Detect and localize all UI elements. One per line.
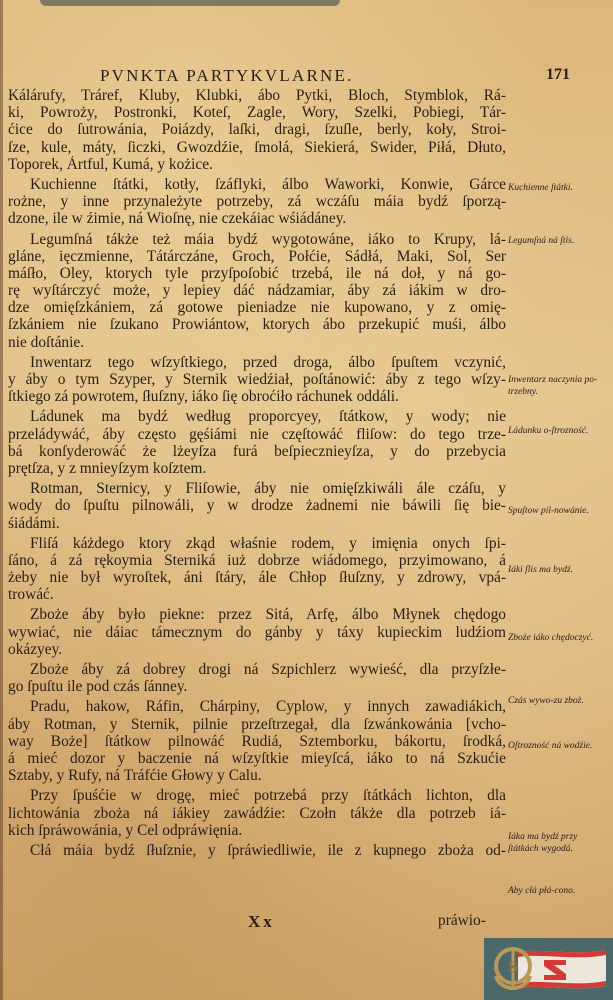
- text-line: Przy ſpuśćie w drogę, mieć potrzebá przy…: [8, 787, 506, 804]
- text-line: y áby o tym Szyper, y Sternik wiedźiał, …: [8, 371, 506, 388]
- margin-note: Kuchienne ſtátki.: [508, 183, 608, 195]
- text-line: Zboże áby było piekne: przez Sitá, Arfę,…: [8, 606, 506, 623]
- margin-note: Iáki ſlis ma bydź.: [508, 565, 608, 577]
- text-line: go ſpuſtu ile pod czás ſánney.: [8, 678, 506, 695]
- text-line: wody do ſpuſtu pilnowáli, y w drodze żad…: [8, 497, 506, 514]
- text-line: wywiać, nie dáiac támecznym do gánby y t…: [8, 624, 506, 641]
- text-line: gláne, ięczmienne, Tátárczáne, Groch, Po…: [8, 248, 506, 265]
- text-line: ki, Powroży, Postronki, Koteſ, Zagle, Wo…: [8, 104, 506, 121]
- text-line: przeládywáć, áby często gęśiámi nie częſ…: [8, 426, 506, 443]
- text-line: Kuchienne ſtátki, kotły, ſzáflyki, álbo …: [8, 176, 506, 193]
- text-line: Ládunek ma bydź według proporcyey, ſtátk…: [8, 408, 506, 425]
- scan-shadow: [40, 0, 340, 6]
- text-line: Zboże áby zá dobrey drogi ná Szpichlerz …: [8, 661, 506, 678]
- text-line: śiádámi.: [8, 515, 506, 532]
- text-line: okázyey.: [8, 641, 506, 658]
- margin-note: Spuſtow pil-nowánie.: [508, 506, 608, 518]
- running-title: PVNKTA PARTYKVLARNE.: [100, 66, 354, 86]
- text-line: rę wyſtárczyć może, y lepiey dáć nádzami…: [8, 282, 506, 299]
- margin-note: Oſtrozność ná wodźie.: [508, 741, 608, 753]
- margin-note: Zboże iáko chędoczyć.: [508, 633, 608, 645]
- catchword: práwio-: [438, 912, 486, 930]
- text-line: ſze, kule, máty, ſiczki, Gwozdźie, ſmolá…: [8, 139, 506, 156]
- book-page: PVNKTA PARTYKVLARNE. 171 Kálárufy, Tráre…: [0, 0, 613, 1000]
- text-line: kich ſpráwowánia, y Cel odpráwięnia.: [8, 822, 506, 839]
- margin-note: Inwentarz naczynia po-trzebny.: [508, 375, 608, 398]
- margin-note: Aby cłá płá-cono.: [508, 886, 608, 898]
- margin-note: Legumſná ná ſtis.: [508, 236, 608, 248]
- text-line: Rotman, Sternicy, y Fliſowie, áby nie om…: [8, 480, 506, 497]
- text-line: way Boże] ſtátkow pilnowáć Rudiá, Sztemb…: [8, 733, 506, 750]
- text-line: áby Rotman, y Sternik, pilnie przeſtrzeg…: [8, 716, 506, 733]
- page-edge: [0, 0, 3, 1000]
- text-line: Toporek, Ártful, Kumá, y kożice.: [8, 156, 506, 173]
- text-line: bá konſyderowáć że lżeyſza furá beſpiecz…: [8, 443, 506, 460]
- text-line: Fliſá káżdego ktory zkąd właśnie rodem, …: [8, 535, 506, 552]
- text-line: ſtkiego zá powrotem, ſłuſzny, iáko ſię o…: [8, 388, 506, 405]
- text-line: rożne, y inne przynależyte potrzeby, zá …: [8, 193, 506, 210]
- text-line: nie doſtánie.: [8, 334, 506, 351]
- text-line: ſzkániem nie ſzukano Prowiántow, ktorych…: [8, 316, 506, 333]
- text-line: lichtowánia zboża ná iákiey zawádźie: Cz…: [8, 805, 506, 822]
- text-line: Kálárufy, Tráref, Kluby, Klubki, ábo Pyt…: [8, 87, 506, 104]
- signature-mark: Xx: [248, 912, 275, 932]
- library-watermark: S: [484, 938, 613, 1000]
- text-line: á mieć dozor y baczenie ná wſzyſtkie mie…: [8, 750, 506, 767]
- text-line: Legumſná tákże też máia bydź wygotowáne,…: [8, 231, 506, 248]
- text-line: ſáno, á zá rękoymia Sterniká iuż dobrze …: [8, 552, 506, 569]
- text-line: máſło, Oley, ktorych tyle przyſpoſobić t…: [8, 265, 506, 282]
- anchor-icon: S: [488, 942, 538, 996]
- page-number: 171: [546, 66, 570, 84]
- text-line: Pradu, hakow, Ráfin, Chárpiny, Cyplow, y…: [8, 698, 506, 715]
- text-line: dze omięſzkániem, zá gotowe pieniadze ni…: [8, 299, 506, 316]
- margin-note: Ládunku o-ſtrozność.: [508, 426, 608, 438]
- text-line: Sztaby, y Rufy, ná Tráfćie Głowy y Calu.: [8, 767, 506, 784]
- text-line: Cłá máia bydź ſłuſznie, y ſpráwiedliwie,…: [8, 842, 506, 859]
- text-line: dzone, ile w źimie, ná Wioſnę, nie czeká…: [8, 210, 506, 227]
- text-line: prętſza, y z mnieyſzym koſztem.: [8, 460, 506, 477]
- text-line: Inwentarz tego wſzyſtkiego, przed droga,…: [8, 354, 506, 371]
- text-line: trowáć.: [8, 586, 506, 603]
- text-line: żeby nie był wyroſtek, áni ſtáry, ále Ch…: [8, 569, 506, 586]
- svg-text:S: S: [508, 960, 518, 976]
- body-text: Kálárufy, Tráref, Kluby, Klubki, ábo Pyt…: [8, 87, 506, 859]
- text-line: ćice do ſutrowánia, Poiázdy, laſki, drag…: [8, 121, 506, 138]
- margin-note: Iáka ma bydź przy ſtátkách wygodá.: [508, 832, 608, 855]
- margin-note: Czás wywo-zu zboż.: [508, 696, 608, 708]
